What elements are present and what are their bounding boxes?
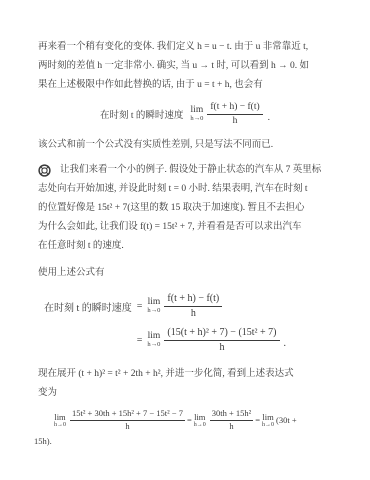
equation-lhs: 在时刻 t 的瞬时速度 bbox=[44, 299, 132, 314]
fraction: (15(t + h)² + 7) − (15t² + 7) h bbox=[164, 327, 279, 353]
formula-derivation-block: 在时刻 t 的瞬时速度 = lim h→0 f(t + h) − f(t) h … bbox=[44, 293, 332, 353]
fraction-denominator: h bbox=[233, 115, 238, 127]
paragraph-variant-definition: 再来看一个稍有变化的变体. 我们定义 h = u − t. 由于 u 非常靠近 … bbox=[38, 38, 332, 95]
equals-sign: = bbox=[137, 335, 143, 346]
fraction-denominator: h bbox=[125, 421, 129, 432]
paragraph-use-formula: 使用上述公式有 bbox=[38, 264, 332, 283]
fraction: 15t² + 30th + 15h² + 7 − 15t² − 7 h bbox=[70, 409, 185, 432]
fraction-numerator: f(t + h) − f(t) bbox=[207, 102, 262, 115]
formula-simplification-line2: 15h). bbox=[34, 435, 332, 447]
fraction-denominator: h bbox=[191, 307, 196, 320]
lim-operator: lim h→0 bbox=[190, 106, 203, 123]
lim-word: lim bbox=[194, 413, 205, 422]
paragraph-line: 让我们来看一个小的例子. 假设处于静止状态的汽车从 7 英里标 bbox=[60, 161, 321, 180]
paragraph-line: 现在展开 (t + h)² = t² + 2th + h², 并进一步化简, 看… bbox=[38, 365, 332, 384]
fraction-denominator: h bbox=[219, 341, 224, 354]
lim-subscript: h→0 bbox=[262, 422, 274, 428]
lim-subscript: h→0 bbox=[147, 342, 160, 349]
paragraph-line: 两时刻的差值 h 一定非常小. 确实, 当 u → t 时, 可以看到 h → … bbox=[38, 57, 332, 76]
formula-simplification-line1: lim h→0 15t² + 30th + 15h² + 7 − 15t² − … bbox=[52, 409, 332, 432]
example-first-line: 让我们来看一个小的例子. 假设处于静止状态的汽车从 7 英里标 bbox=[38, 161, 332, 180]
paragraph-line: 再来看一个稍有变化的变体. 我们定义 h = u − t. 由于 u 非常靠近 … bbox=[38, 38, 332, 57]
paragraph-line: 果在上述极限中作如此替换的话, 由于 u = t + h, 也会有 bbox=[38, 76, 332, 95]
fraction-numerator: (15(t + h)² + 7) − (15t² + 7) bbox=[164, 327, 279, 341]
limit-expression: lim h→0 f(t + h) − f(t) h . bbox=[188, 102, 270, 127]
fraction-denominator: h bbox=[229, 421, 233, 432]
example-paragraph: 让我们来看一个小的例子. 假设处于静止状态的汽车从 7 英里标 志处向右开始加速… bbox=[38, 161, 332, 256]
formula-label: 在时刻 t 的瞬时速度 bbox=[100, 107, 183, 121]
lim-subscript: h→0 bbox=[194, 422, 206, 428]
paragraph-line: 变为 bbox=[38, 384, 332, 403]
fraction: 30th + 15h² h bbox=[210, 409, 253, 432]
equals-sign: = bbox=[137, 301, 143, 312]
paragraph-line: 的位置好像是 15t² + 7(这里的数 15 取决于加速度). 暂且不去担心 bbox=[38, 199, 332, 218]
lim-subscript: h→0 bbox=[54, 422, 66, 428]
lim-operator: lim h→0 bbox=[147, 332, 160, 349]
lim-subscript: h→0 bbox=[147, 308, 160, 315]
lim-operator: lim h→0 bbox=[194, 413, 206, 429]
lifesaver-icon bbox=[38, 164, 51, 177]
fraction-numerator: 30th + 15h² bbox=[210, 409, 253, 421]
lim-operator: lim h→0 bbox=[147, 298, 160, 315]
equation-rhs-row1: = lim h→0 f(t + h) − f(t) h bbox=[137, 293, 286, 319]
equals-sign: = bbox=[187, 415, 192, 425]
paragraph-expand: 现在展开 (t + h)² = t² + 2th + h², 并进一步化简, 看… bbox=[38, 365, 332, 403]
equation-rhs-row2: = lim h→0 (15(t + h)² + 7) − (15t² + 7) … bbox=[137, 327, 286, 353]
fraction: f(t + h) − f(t) h bbox=[164, 293, 222, 319]
lim-word: lim bbox=[54, 413, 65, 422]
fraction-numerator: 15t² + 30th + 15h² + 7 − 15t² − 7 bbox=[70, 409, 185, 421]
lim-subscript: h→0 bbox=[190, 116, 203, 123]
formula-instantaneous-velocity-inline: 在时刻 t 的瞬时速度 lim h→0 f(t + h) − f(t) h . bbox=[38, 99, 332, 129]
formula-tail: (30t + bbox=[276, 415, 297, 425]
paragraph-line: 在任意时刻 t 的速度. bbox=[38, 237, 332, 256]
equals-sign: = bbox=[255, 415, 260, 425]
lim-word: lim bbox=[148, 332, 161, 342]
paragraph-line: 志处向右开始加速, 并设此时刻 t = 0 小时. 结果表明, 汽车在时刻 t bbox=[38, 180, 332, 199]
fraction-numerator: f(t + h) − f(t) bbox=[164, 293, 222, 307]
lim-word: lim bbox=[191, 106, 204, 116]
fraction: f(t + h) − f(t) h bbox=[207, 102, 262, 127]
paragraph-line: 为什么会如此, 让我们设 f(t) = 15t² + 7, 并看看是否可以求出汽… bbox=[38, 218, 332, 237]
formula-period: . bbox=[268, 113, 270, 123]
lim-operator: lim h→0 bbox=[54, 413, 66, 429]
lim-operator: lim h→0 bbox=[262, 413, 274, 429]
lim-word: lim bbox=[148, 298, 161, 308]
formula-simplification: lim h→0 15t² + 30th + 15h² + 7 − 15t² − … bbox=[38, 409, 332, 447]
book-page: 再来看一个稍有变化的变体. 我们定义 h = u − t. 由于 u 非常靠近 … bbox=[0, 0, 370, 480]
formula-period: . bbox=[284, 338, 287, 349]
lim-word: lim bbox=[262, 413, 273, 422]
paragraph-no-essential-difference: 该公式和前一个公式没有实质性差别, 只是写法不同而已. bbox=[38, 136, 332, 155]
